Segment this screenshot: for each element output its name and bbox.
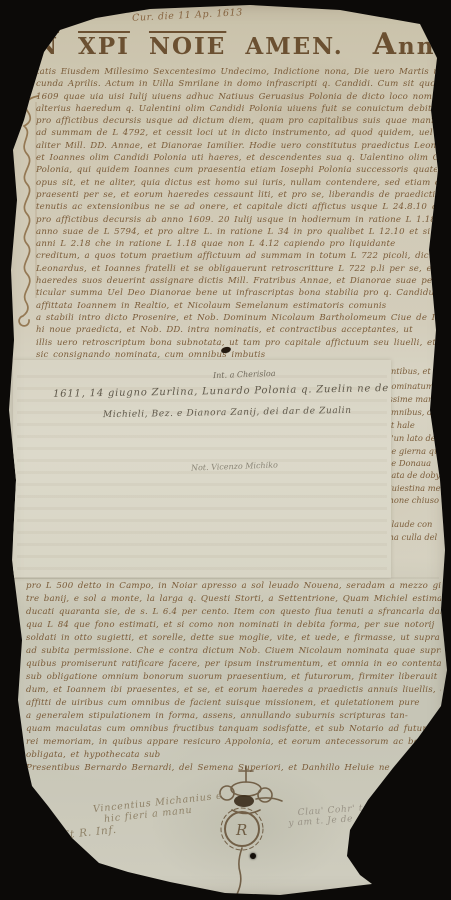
- margin-fragment-line: issime manuten: [386, 394, 451, 404]
- text-line: 1609 quae uia uisi Iulij uiuens adhuc Na…: [36, 91, 437, 103]
- upper-text-block: tatis Eiusdem Millesimo Sexcentesimo Und…: [36, 66, 437, 366]
- lower-text-block: pro L 500 detto in Campo, in Noiar apres…: [26, 580, 441, 780]
- text-line: quibus promiserunt ratificare facere, pe…: [26, 658, 441, 671]
- text-line: pro affictibus decursis ab anno 1609. 20…: [36, 214, 437, 226]
- text-line: alterius haeredum q. Ualentini olim Cand…: [36, 103, 437, 115]
- text-line: ad subita permissione. Che e contra dict…: [26, 645, 441, 658]
- header-word-xpi: XPI: [78, 33, 130, 60]
- margin-fragment-line: omnibus, de: [386, 407, 437, 417]
- text-line: tatis Eiusdem Millesimo Sexcentesimo Und…: [36, 66, 437, 78]
- text-line: quam maculatas cum omnibus fructibus tan…: [26, 723, 441, 736]
- pasted-docket-slip: Int. a Cherisloa 1611, 14 giugno Zurlina…: [13, 360, 391, 578]
- text-line: hi noue praedicta, et Nob. DD. intra nom…: [36, 324, 437, 336]
- margin-fragment-line: Llaude con: [386, 519, 432, 529]
- text-line: qua L 84 que fono estimati, et si como n…: [26, 619, 441, 632]
- text-line: aliter Mill. DD. Annae, et Dianorae Iami…: [36, 140, 437, 152]
- text-line: a stabili intro dicto Prosenire, et Nob.…: [36, 312, 437, 324]
- text-line: sub obligatione omnium bonorum suorum pr…: [26, 671, 441, 684]
- text-line: praesenti per se, et eorum haeredes cess…: [36, 189, 437, 201]
- text-line: illis uero retroscriptum bona subnotata,…: [36, 337, 437, 349]
- seal-ink-blot: [234, 795, 254, 807]
- docket-names-line: Michieli, Bez. e Dianora Zanij, dei dar …: [103, 406, 352, 420]
- fold-line: [14, 577, 439, 579]
- docket-date-line: 1611, 14 giugno Zurlina, Lunardo Polonia…: [53, 383, 389, 400]
- margin-fragment-line: mone chiuso d: [386, 495, 447, 505]
- text-line: cunda Aprilis. Actum in Uilla Smrilane i…: [36, 78, 437, 90]
- header-word-noie: NOIE: [149, 33, 226, 60]
- text-line: affitti de uiribus cum omnibus de facien…: [26, 697, 441, 710]
- header-word-n: N: [36, 33, 59, 60]
- docket-small-note: Int. a Cherisloa: [213, 369, 276, 380]
- text-line: anni L 2.18 che in ratione L 1.18 quae n…: [36, 238, 437, 250]
- header-word-anno: Anno: [373, 27, 451, 62]
- text-line: creditum, a quos totum praetium affictuu…: [36, 250, 437, 262]
- text-line: et Ioannes olim Candidi Polonia uti haer…: [36, 152, 437, 164]
- text-line: tenutis ac extensionibus ne se ad onere,…: [36, 201, 437, 213]
- margin-fragment-line: de Donaua: [386, 458, 431, 468]
- text-line: Leonardus, et Ioannes fratelli et se obl…: [36, 263, 437, 275]
- parchment-hole: [250, 853, 256, 859]
- text-line: tre banij, e sol a monte, la larga q. Qu…: [26, 593, 441, 606]
- margin-fragment-line: Suiestina messe: [386, 483, 451, 493]
- text-line: affittata Ioannem in Realtio, et Nicolau…: [36, 300, 437, 312]
- text-line: pro affictibus decursis usque ad dictum …: [36, 115, 437, 127]
- manuscript-photo: Cur. die 11 Ap. 1613 N XPI NOIE AMEN. An…: [0, 0, 451, 900]
- invocation-header: N XPI NOIE AMEN. Anno Natiuit: [36, 27, 448, 62]
- text-line: a generalem stipulationem in forma, asse…: [26, 710, 441, 723]
- margin-fragment-line: nata de doby: [386, 470, 440, 480]
- seal-cross: [239, 766, 253, 782]
- text-line: pro L 500 detto in Campo, in Noiar apres…: [26, 580, 441, 593]
- text-line: Polonia, qui quidem Ioannes cum praesent…: [36, 164, 437, 176]
- text-line: opus sit, et ne aliter, quia dictus est …: [36, 177, 437, 189]
- notary-pencil-note: Not. Vicenzo Michiko: [191, 460, 278, 472]
- text-line: ticular summa Uel Deo Dianorae bene ut i…: [36, 287, 437, 299]
- parchment-sheet: Cur. die 11 Ap. 1613 N XPI NOIE AMEN. An…: [0, 0, 451, 900]
- text-line: obligata, et hypothecata sub: [26, 749, 441, 762]
- text-line: ad summam de L 4792, et cessit loci ut i…: [36, 127, 437, 139]
- margin-fragment-line: antibus, et: [386, 366, 431, 376]
- text-line: dum, et Ioannem ibi praesentes, et se, e…: [26, 684, 441, 697]
- text-line: soldati in otto sugietti, et sorelle, de…: [26, 632, 441, 645]
- margin-fragment-line: d'un lato de Lonna: [386, 433, 451, 443]
- header-word-amen: AMEN.: [245, 33, 343, 60]
- archival-date-note: Cur. die 11 Ap. 1613: [132, 7, 243, 24]
- text-line: rei memoriam, in quibus appare resicuro …: [26, 736, 441, 749]
- margin-fragment-line: nominatum, et: [386, 381, 447, 391]
- signature-right: Clau' Cohr' to amisy am t. Je de gech: [287, 801, 397, 829]
- notarial-sign-drawing: R: [196, 762, 296, 900]
- text-line: haeredes suos deuerint assignare dictis …: [36, 275, 437, 287]
- margin-fragment-line: ne gierna quam: [386, 446, 451, 456]
- text-line: ducati quaranta sie, de s. L 6.4 per cen…: [26, 606, 441, 619]
- margin-fragment-line: ma culla del: [386, 532, 437, 542]
- seal-monogram: R: [235, 821, 247, 839]
- text-line: anno suae de L 5794, et pro altre L. in …: [36, 226, 437, 238]
